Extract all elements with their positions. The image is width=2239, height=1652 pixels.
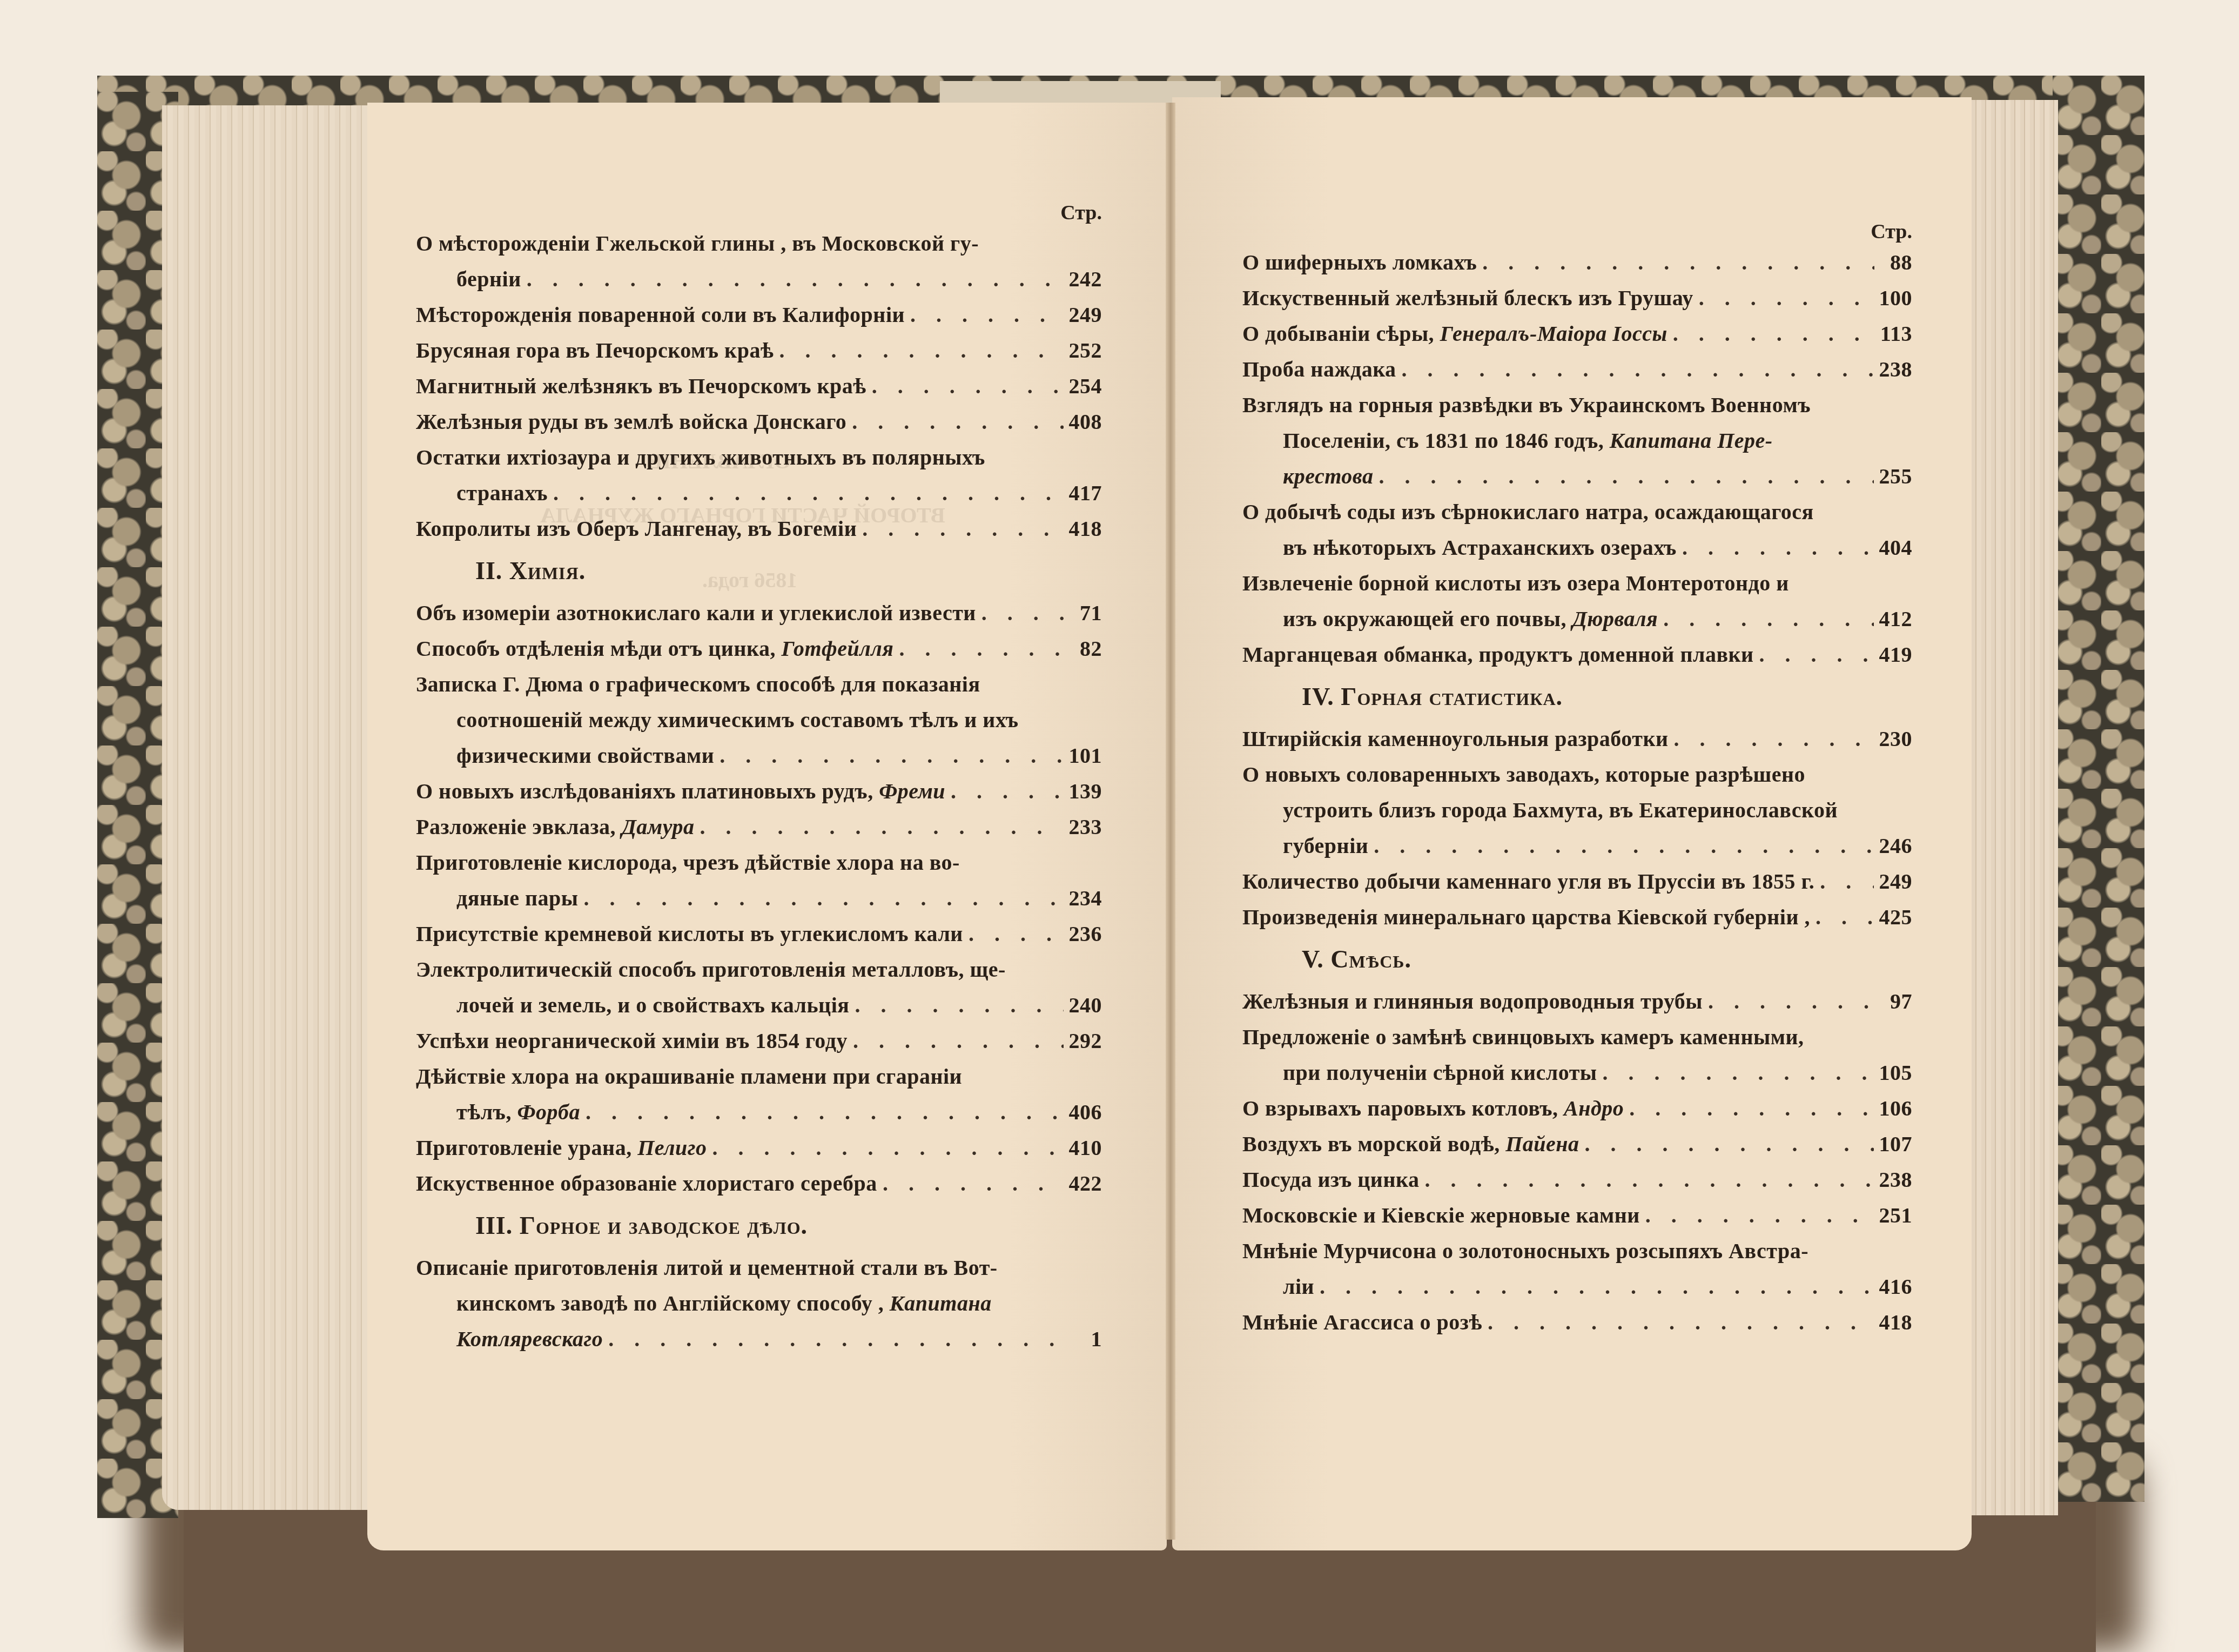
toc-entry-line: О взрывахъ паровыхъ котловъ, Андро106 [1242, 1091, 1912, 1126]
entry-title-text: изъ окружающей его почвы, [1283, 601, 1566, 637]
entry-title-text: Дѣйствіе хлора на окрашиваніе пламени пр… [416, 1059, 962, 1094]
toc-entry: Дѣйствіе хлора на окрашиваніе пламени пр… [416, 1059, 1102, 1130]
toc-entry-line: Успѣхи неорганической химіи въ 1854 году… [416, 1023, 1102, 1059]
entry-title-text: Желѣзныя руды въ землѣ войска Донскаго [416, 404, 846, 440]
entry-title-text: Приготовленіе урана, [416, 1130, 632, 1166]
toc-entry-line: О добычѣ соды изъ сѣрнокислаго натра, ос… [1242, 494, 1912, 530]
leader-dots [1482, 245, 1874, 280]
entry-title-text: Извлеченіе борной кислоты изъ озера Монт… [1242, 566, 1789, 601]
leader-dots [1629, 1091, 1873, 1126]
toc-entry: О мѣсторожденіи Гжельской глины , въ Мос… [416, 226, 1102, 297]
toc-entry-line: Желѣзныя и глиняныя водопроводныя трубы9… [1242, 984, 1912, 1019]
leader-dots [1682, 530, 1874, 566]
entry-title-text: О новыхъ соловаренныхъ заводахъ, которые… [1242, 757, 1805, 793]
toc-entry: Остатки ихтіозаура и другихъ животныхъ в… [416, 440, 1102, 511]
entry-title-text: Посуда изъ цинка [1242, 1162, 1419, 1198]
entry-author: Пайена [1505, 1126, 1579, 1162]
entry-author: Готфейлля [781, 631, 893, 667]
entry-author: Форба [517, 1094, 580, 1130]
toc-entry-line: крестова255 [1242, 459, 1912, 494]
page-number: 238 [1879, 352, 1913, 387]
entry-author: Котляревскаго [456, 1321, 603, 1357]
toc-entry: Искуственное образованіе хлористаго сере… [416, 1166, 1102, 1201]
page-number: 107 [1879, 1126, 1913, 1162]
toc-entry-line: Желѣзныя руды въ землѣ войска Донскаго40… [416, 404, 1102, 440]
entry-title-text: Произведенія минеральнаго царства Кіевск… [1242, 899, 1810, 935]
entry-title-text: Мнѣніе Агассиса о розѣ [1242, 1305, 1482, 1340]
toc-group-chemistry: Объ изомеріи азотнокислаго кали и углеки… [416, 595, 1102, 1201]
entry-author: крестова [1283, 459, 1373, 494]
entry-title-text: Желѣзныя и глиняныя водопроводныя трубы [1242, 984, 1703, 1019]
entry-title-text: Мѣсторожденія поваренной соли въ Калифор… [416, 297, 905, 333]
toc-entry: Записка Г. Дюма о графическомъ способѣ д… [416, 667, 1102, 774]
toc-group-mineralogy-continued: О мѣсторожденіи Гжельской глины , въ Мос… [416, 226, 1102, 547]
leader-dots [1816, 899, 1874, 935]
toc-entry: Успѣхи неорганической химіи въ 1854 году… [416, 1023, 1102, 1059]
leader-dots [1708, 984, 1874, 1019]
page-number: 251 [1879, 1198, 1913, 1233]
toc-entry: Присутствіе кремневой кислоты въ углекис… [416, 916, 1102, 952]
entry-title-text: Магнитный желѣзнякъ въ Печорскомъ краѣ [416, 368, 866, 404]
toc-entry-line: Дѣйствіе хлора на окрашиваніе пламени пр… [416, 1059, 1102, 1094]
toc-entry-line: Количество добычи каменнаго угля въ Прус… [1242, 864, 1912, 899]
entry-title-text: Успѣхи неорганической химіи въ 1854 году [416, 1023, 848, 1059]
page-number: 408 [1069, 404, 1102, 440]
leader-dots [899, 631, 1064, 667]
entry-title-text: странахъ [456, 475, 548, 511]
entry-title-text: при полученіи сѣрной кислоты [1283, 1055, 1597, 1091]
toc-entry-line: Приготовленіе урана, Пелиго410 [416, 1130, 1102, 1166]
page-number: 254 [1069, 368, 1102, 404]
toc-entry: О добываніи сѣры, Генералъ-Маіора Іоссы1… [1242, 316, 1912, 352]
toc-entry-line: Произведенія минеральнаго царства Кіевск… [1242, 899, 1912, 935]
toc-entry-line: Предложеніе о замѣнѣ свинцовыхъ камеръ к… [1242, 1019, 1912, 1055]
entry-title-text: Объ изомеріи азотнокислаго кали и углеки… [416, 595, 976, 631]
leader-dots [586, 1094, 1064, 1130]
toc-entry-line: изъ окружающей его почвы, Дюрваля412 [1242, 601, 1912, 637]
book-cover-right [2053, 76, 2144, 1502]
toc-group-mining-statistics: Штирійскія каменноугольныя разработки230… [1242, 721, 1912, 935]
entry-title-text: Взглядъ на горныя развѣдки въ Украинском… [1242, 387, 1811, 423]
page-number: 105 [1879, 1055, 1913, 1091]
toc-entry-line: О добываніи сѣры, Генералъ-Маіора Іоссы1… [1242, 316, 1912, 352]
toc-entry-line: Искуственное образованіе хлористаго сере… [416, 1166, 1102, 1201]
toc-entry-line: О новыхъ изслѣдованіяхъ платиновыхъ рудъ… [416, 774, 1102, 809]
toc-entry-line: странахъ417 [416, 475, 1102, 511]
entry-title-text: губерніи [1283, 828, 1368, 864]
page-number: 412 [1879, 601, 1913, 637]
entry-title-text: Поселеніи, съ 1831 по 1846 годъ, [1283, 423, 1604, 459]
toc-entry-line: кинскомъ заводѣ по Англійскому способу ,… [416, 1286, 1102, 1321]
toc-entry-line: Взглядъ на горныя развѣдки въ Украинском… [1242, 387, 1912, 423]
entry-title-text: Марганцевая обманка, продуктъ доменной п… [1242, 637, 1754, 673]
toc-entry: Мѣсторожденія поваренной соли въ Калифор… [416, 297, 1102, 333]
leader-dots [981, 595, 1064, 631]
entry-title-text: физическими свойствами [456, 738, 714, 774]
toc-entry: Московскіе и Кіевскіе жерновые камни251 [1242, 1198, 1912, 1233]
toc-entry: Взглядъ на горныя развѣдки въ Украинском… [1242, 387, 1912, 494]
entry-title-text: О шиферныхъ ломкахъ [1242, 245, 1477, 280]
page-number: 240 [1069, 988, 1102, 1023]
page-number: 1 [1070, 1321, 1102, 1357]
entry-author: Капитана Пере- [1610, 423, 1773, 459]
leader-dots [951, 774, 1063, 809]
entry-title-text: лочей и земель, и о свойствахъ кальція [456, 988, 849, 1023]
leader-dots [1603, 1055, 1874, 1091]
page-number: 416 [1879, 1269, 1913, 1305]
entry-title-text: Копролиты изъ Оберъ Лангенау, въ Богеміи [416, 511, 857, 547]
toc-entry-line: Извлеченіе борной кислоты изъ озера Монт… [1242, 566, 1912, 601]
toc-entry-line: Проба наждака238 [1242, 352, 1912, 387]
toc-entry: О взрывахъ паровыхъ котловъ, Андро106 [1242, 1091, 1912, 1126]
book-gutter [1166, 103, 1175, 1540]
entry-title-text: Разложеніе эвклаза, [416, 809, 616, 845]
entry-author: Фреми [879, 774, 945, 809]
entry-title-text: въ нѣкоторыхъ Астраханскихъ озерахъ [1283, 530, 1677, 566]
leader-dots [1699, 280, 1874, 316]
toc-entry-line: Котляревскаго1 [416, 1321, 1102, 1357]
entry-title-text: Способъ отдѣленія мѣди отъ цинка, [416, 631, 776, 667]
leader-dots [853, 1023, 1064, 1059]
toc-entry-line: физическими свойствами101 [416, 738, 1102, 774]
leader-dots [910, 297, 1063, 333]
page-number: 106 [1879, 1091, 1913, 1126]
entry-title-text: Присутствіе кремневой кислоты въ углекис… [416, 916, 963, 952]
toc-entry: Мнѣніе Агассиса о розѣ418 [1242, 1305, 1912, 1340]
entry-author: Пелиго [637, 1130, 707, 1166]
page-number: 255 [1879, 459, 1913, 494]
entry-title-text: О новыхъ изслѣдованіяхъ платиновыхъ рудъ… [416, 774, 873, 809]
page-number: 238 [1879, 1162, 1913, 1198]
entry-title-text: соотношеній между химическимъ составомъ … [456, 702, 1019, 738]
toc-entry: Мнѣніе Мурчисона о золотоносныхъ розсыпя… [1242, 1233, 1912, 1305]
toc-entry-line: Искуственный желѣзный блескъ изъ Грушау1… [1242, 280, 1912, 316]
page-number: 82 [1070, 631, 1102, 667]
toc-entry-line: Способъ отдѣленія мѣди отъ цинка, Готфей… [416, 631, 1102, 667]
leader-dots [1759, 637, 1874, 673]
entry-title-text: дяные пары [456, 881, 578, 916]
leader-dots [712, 1130, 1064, 1166]
toc-entry-line: дяные пары234 [416, 881, 1102, 916]
toc-entry-line: Воздухъ въ морской водѣ, Пайена107 [1242, 1126, 1912, 1162]
leader-dots [1585, 1126, 1874, 1162]
page-number: 406 [1069, 1094, 1102, 1130]
toc-entry-line: Описаніе приготовленія литой и цементной… [416, 1250, 1102, 1286]
page-number: 236 [1069, 916, 1102, 952]
toc-entry: Электролитическій способъ приготовленія … [416, 952, 1102, 1023]
leader-dots [862, 511, 1063, 547]
leader-dots [700, 809, 1064, 845]
toc-entry: О добычѣ соды изъ сѣрнокислаго натра, ос… [1242, 494, 1912, 566]
page-number: 113 [1880, 316, 1912, 352]
leader-dots [1645, 1198, 1874, 1233]
entry-title-text: Воздухъ въ морской водѣ, [1242, 1126, 1500, 1162]
leader-dots [1374, 828, 1873, 864]
toc-entry: О шиферныхъ ломкахъ88 [1242, 245, 1912, 280]
entry-title-text: Искуственное образованіе хлористаго сере… [416, 1166, 877, 1201]
toc-entry: Разложеніе эвклаза, Дамура233 [416, 809, 1102, 845]
toc-entry-line: Приготовленіе кислорода, чрезъ дѣйствіе … [416, 845, 1102, 881]
toc-entry-line: Разложеніе эвклаза, Дамура233 [416, 809, 1102, 845]
page-number: 418 [1069, 511, 1102, 547]
toc-entry: Марганцевая обманка, продуктъ доменной п… [1242, 637, 1912, 673]
page-number: 101 [1069, 738, 1102, 774]
toc-entry-line: губерніи246 [1242, 828, 1912, 864]
entry-title-text: Проба наждака [1242, 352, 1396, 387]
leader-dots [779, 333, 1063, 368]
toc-entry: О новыхъ изслѣдованіяхъ платиновыхъ рудъ… [416, 774, 1102, 809]
entry-author: Генералъ-Маіора Іоссы [1440, 316, 1668, 352]
section-heading-mining-statistics: IV. Горная статистика. [1242, 673, 1912, 721]
section-heading-mining-works: III. Горное и заводское дѣло. [416, 1201, 1102, 1250]
toc-entry: О новыхъ соловаренныхъ заводахъ, которые… [1242, 757, 1912, 864]
entry-title-text: О добычѣ соды изъ сѣрнокислаго натра, ос… [1242, 494, 1814, 530]
entry-title-text: О добываніи сѣры, [1242, 316, 1434, 352]
toc-entry-line: ліи416 [1242, 1269, 1912, 1305]
entry-title-text: ліи [1283, 1269, 1314, 1305]
toc-entry: Объ изомеріи азотнокислаго кали и углеки… [416, 595, 1102, 631]
entry-title-text: Предложеніе о замѣнѣ свинцовыхъ камеръ к… [1242, 1019, 1804, 1055]
leader-dots [1673, 316, 1874, 352]
leader-dots [583, 881, 1063, 916]
leader-dots [1402, 352, 1874, 387]
leader-dots [855, 988, 1063, 1023]
page-number: 417 [1069, 475, 1102, 511]
toc-entry-line: Копролиты изъ Оберъ Лангенау, въ Богеміи… [416, 511, 1102, 547]
toc-entry-line: Штирійскія каменноугольныя разработки230 [1242, 721, 1912, 757]
leader-dots [1424, 1162, 1873, 1198]
leader-dots [852, 404, 1063, 440]
entry-author: Капитана [890, 1286, 992, 1321]
page-number: 230 [1879, 721, 1913, 757]
leader-dots [553, 475, 1064, 511]
entry-author: Дамура [622, 809, 695, 845]
toc-entry-line: Московскіе и Кіевскіе жерновые камни251 [1242, 1198, 1912, 1233]
toc-entry-line: О новыхъ соловаренныхъ заводахъ, которые… [1242, 757, 1912, 793]
toc-entry-line: Мнѣніе Мурчисона о золотоносныхъ розсыпя… [1242, 1233, 1912, 1269]
toc-entry: Извлеченіе борной кислоты изъ озера Монт… [1242, 566, 1912, 637]
leader-dots [608, 1321, 1064, 1357]
entry-title-text: Количество добычи каменнаго угля въ Прус… [1242, 864, 1814, 899]
toc-entry: Приготовленіе кислорода, чрезъ дѣйствіе … [416, 845, 1102, 916]
left-page-toc: Стр. О мѣсторожденіи Гжельской глины , в… [416, 200, 1102, 1357]
toc-entry-line: Магнитный желѣзнякъ въ Печорскомъ краѣ25… [416, 368, 1102, 404]
page-column-label: Стр. [1242, 219, 1912, 245]
toc-entry-line: Электролитическій способъ приготовленія … [416, 952, 1102, 988]
entry-title-text: устроить близъ города Бахмута, въ Екатер… [1283, 793, 1838, 828]
entry-title-text: Записка Г. Дюма о графическомъ способѣ д… [416, 667, 980, 702]
toc-group-mining-works-continued: О шиферныхъ ломкахъ88Искуственный желѣзн… [1242, 245, 1912, 673]
toc-entry-line: берніи242 [416, 261, 1102, 297]
page-number: 404 [1879, 530, 1913, 566]
entry-title-text: Мнѣніе Мурчисона о золотоносныхъ розсыпя… [1242, 1233, 1808, 1269]
entry-title-text: Штирійскія каменноугольныя разработки [1242, 721, 1669, 757]
toc-entry-line: Объ изомеріи азотнокислаго кали и углеки… [416, 595, 1102, 631]
page-number: 249 [1069, 297, 1102, 333]
leader-dots [720, 738, 1063, 774]
entry-title-text: берніи [456, 261, 521, 297]
entry-title-text: тѣлъ, [456, 1094, 512, 1130]
page-number: 234 [1069, 881, 1102, 916]
entry-author: Дюрваля [1572, 601, 1658, 637]
toc-entry: Описаніе приготовленія литой и цементной… [416, 1250, 1102, 1357]
leader-dots [969, 916, 1064, 952]
toc-group-miscellany: Желѣзныя и глиняныя водопроводныя трубы9… [1242, 984, 1912, 1340]
toc-entry: Искуственный желѣзный блескъ изъ Грушау1… [1242, 280, 1912, 316]
page-number: 418 [1879, 1305, 1913, 1340]
section-heading-chemistry: II. Химія. [416, 547, 1102, 595]
entry-title-text: Приготовленіе кислорода, чрезъ дѣйствіе … [416, 845, 960, 881]
entry-title-text: О взрывахъ паровыхъ котловъ, [1242, 1091, 1558, 1126]
toc-entry-line: Поселеніи, съ 1831 по 1846 годъ, Капитан… [1242, 423, 1912, 459]
page-number: 88 [1880, 245, 1912, 280]
page-number: 233 [1069, 809, 1102, 845]
page-column-label: Стр. [416, 200, 1102, 226]
page-number: 97 [1880, 984, 1912, 1019]
toc-entry-line: Брусяная гора въ Печорскомъ краѣ252 [416, 333, 1102, 368]
toc-entry: Способъ отдѣленія мѣди отъ цинка, Готфей… [416, 631, 1102, 667]
toc-entry-line: лочей и земель, и о свойствахъ кальція24… [416, 988, 1102, 1023]
toc-entry-line: соотношеній между химическимъ составомъ … [416, 702, 1102, 738]
toc-entry: Посуда изъ цинка238 [1242, 1162, 1912, 1198]
leader-dots [883, 1166, 1064, 1201]
toc-entry: Предложеніе о замѣнѣ свинцовыхъ камеръ к… [1242, 1019, 1912, 1091]
toc-entry: Воздухъ въ морской водѣ, Пайена107 [1242, 1126, 1912, 1162]
page-number: 139 [1069, 774, 1102, 809]
toc-entry-line: Мнѣніе Агассиса о розѣ418 [1242, 1305, 1912, 1340]
entry-title-text: Описаніе приготовленія литой и цементной… [416, 1250, 998, 1286]
toc-entry-line: при полученіи сѣрной кислоты105 [1242, 1055, 1912, 1091]
toc-entry-line: О мѣсторожденіи Гжельской глины , въ Мос… [416, 226, 1102, 261]
entry-title-text: Искуственный желѣзный блескъ изъ Грушау [1242, 280, 1693, 316]
toc-entry-line: Присутствіе кремневой кислоты въ углекис… [416, 916, 1102, 952]
leader-dots [1488, 1305, 1874, 1340]
toc-entry: Штирійскія каменноугольныя разработки230 [1242, 721, 1912, 757]
entry-title-text: кинскомъ заводѣ по Англійскому способу , [456, 1286, 884, 1321]
toc-entry-line: О шиферныхъ ломкахъ88 [1242, 245, 1912, 280]
entry-author: Андро [1564, 1091, 1624, 1126]
entry-title-text: Брусяная гора въ Печорскомъ краѣ [416, 333, 774, 368]
leader-dots [1820, 864, 1873, 899]
entry-title-text: Электролитическій способъ приготовленія … [416, 952, 1006, 988]
toc-group-mining-works: Описаніе приготовленія литой и цементной… [416, 1250, 1102, 1357]
page-number: 422 [1069, 1166, 1102, 1201]
page-number: 100 [1879, 280, 1913, 316]
page-stack-left [162, 105, 378, 1510]
page-number: 419 [1879, 637, 1913, 673]
toc-entry: Брусяная гора въ Печорскомъ краѣ252 [416, 333, 1102, 368]
leader-dots [1663, 601, 1873, 637]
leader-dots [1320, 1269, 1873, 1305]
toc-entry: Проба наждака238 [1242, 352, 1912, 387]
toc-entry-line: Марганцевая обманка, продуктъ доменной п… [1242, 637, 1912, 673]
toc-entry-line: устроить близъ города Бахмута, въ Екатер… [1242, 793, 1912, 828]
toc-entry-line: въ нѣкоторыхъ Астраханскихъ озерахъ404 [1242, 530, 1912, 566]
entry-title-text: О мѣсторожденіи Гжельской глины , въ Мос… [416, 226, 979, 261]
entry-title-text: Остатки ихтіозаура и другихъ животныхъ в… [416, 440, 985, 475]
leader-dots [527, 261, 1064, 297]
section-heading-miscellany: V. Смѣсь. [1242, 935, 1912, 984]
leader-dots [1379, 459, 1873, 494]
page-number: 71 [1070, 595, 1102, 631]
toc-entry: Произведенія минеральнаго царства Кіевск… [1242, 899, 1912, 935]
toc-entry-line: Мѣсторожденія поваренной соли въ Калифор… [416, 297, 1102, 333]
toc-entry-line: Записка Г. Дюма о графическомъ способѣ д… [416, 667, 1102, 702]
page-number: 252 [1069, 333, 1102, 368]
right-page-toc: Стр. О шиферныхъ ломкахъ88Искуственный ж… [1242, 219, 1912, 1340]
toc-entry: Копролиты изъ Оберъ Лангенау, въ Богеміи… [416, 511, 1102, 547]
leader-dots [1674, 721, 1874, 757]
toc-entry-line: Посуда изъ цинка238 [1242, 1162, 1912, 1198]
toc-entry: Магнитный желѣзнякъ въ Печорскомъ краѣ25… [416, 368, 1102, 404]
page-number: 292 [1069, 1023, 1102, 1059]
toc-entry: Приготовленіе урана, Пелиго410 [416, 1130, 1102, 1166]
entry-title-text: Московскіе и Кіевскіе жерновые камни [1242, 1198, 1640, 1233]
page-number: 242 [1069, 261, 1102, 297]
leader-dots [872, 368, 1064, 404]
toc-entry: Желѣзныя и глиняныя водопроводныя трубы9… [1242, 984, 1912, 1019]
toc-entry-line: тѣлъ, Форба406 [416, 1094, 1102, 1130]
page-number: 249 [1879, 864, 1913, 899]
page-number: 425 [1879, 899, 1913, 935]
toc-entry: Количество добычи каменнаго угля въ Прус… [1242, 864, 1912, 899]
toc-entry: Желѣзныя руды въ землѣ войска Донскаго40… [416, 404, 1102, 440]
page-number: 246 [1879, 828, 1913, 864]
toc-entry-line: Остатки ихтіозаура и другихъ животныхъ в… [416, 440, 1102, 475]
page-number: 410 [1069, 1130, 1102, 1166]
